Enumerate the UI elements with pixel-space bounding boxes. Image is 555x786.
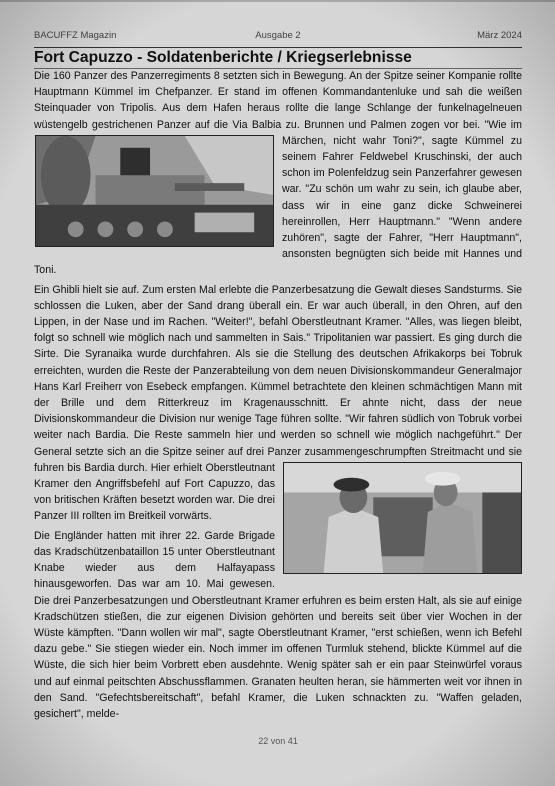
article-title: Fort Capuzzo - Soldatenberichte / Kriegs… xyxy=(34,49,522,67)
issue-label: Ausgabe 2 xyxy=(34,30,522,41)
header-rule xyxy=(34,47,522,48)
paragraph-2-lead: Ein Ghibli hielt sie auf. Zum ersten Mal… xyxy=(34,284,522,474)
paragraph-1: Die 160 Panzer des Panzerregiments 8 set… xyxy=(34,68,522,279)
page-number: 22 von 41 xyxy=(34,736,522,746)
magazine-page: BACUFFZ Magazin Ausgabe 2 März 2024 Fort… xyxy=(34,0,522,786)
paragraph-2: Ein Ghibli hielt sie auf. Zum ersten Mal… xyxy=(34,282,522,525)
page-header: BACUFFZ Magazin Ausgabe 2 März 2024 xyxy=(34,30,522,42)
issue-date: März 2024 xyxy=(477,30,522,41)
tank-photo-illustration xyxy=(36,136,273,246)
tank-photo xyxy=(35,135,274,247)
paragraph-1-lead: Die 160 Panzer des Panzerregiments 8 set… xyxy=(34,70,522,131)
officers-photo-illustration xyxy=(284,463,521,573)
article-body: Die 160 Panzer des Panzerregiments 8 set… xyxy=(34,68,522,725)
officers-photo xyxy=(283,462,522,574)
